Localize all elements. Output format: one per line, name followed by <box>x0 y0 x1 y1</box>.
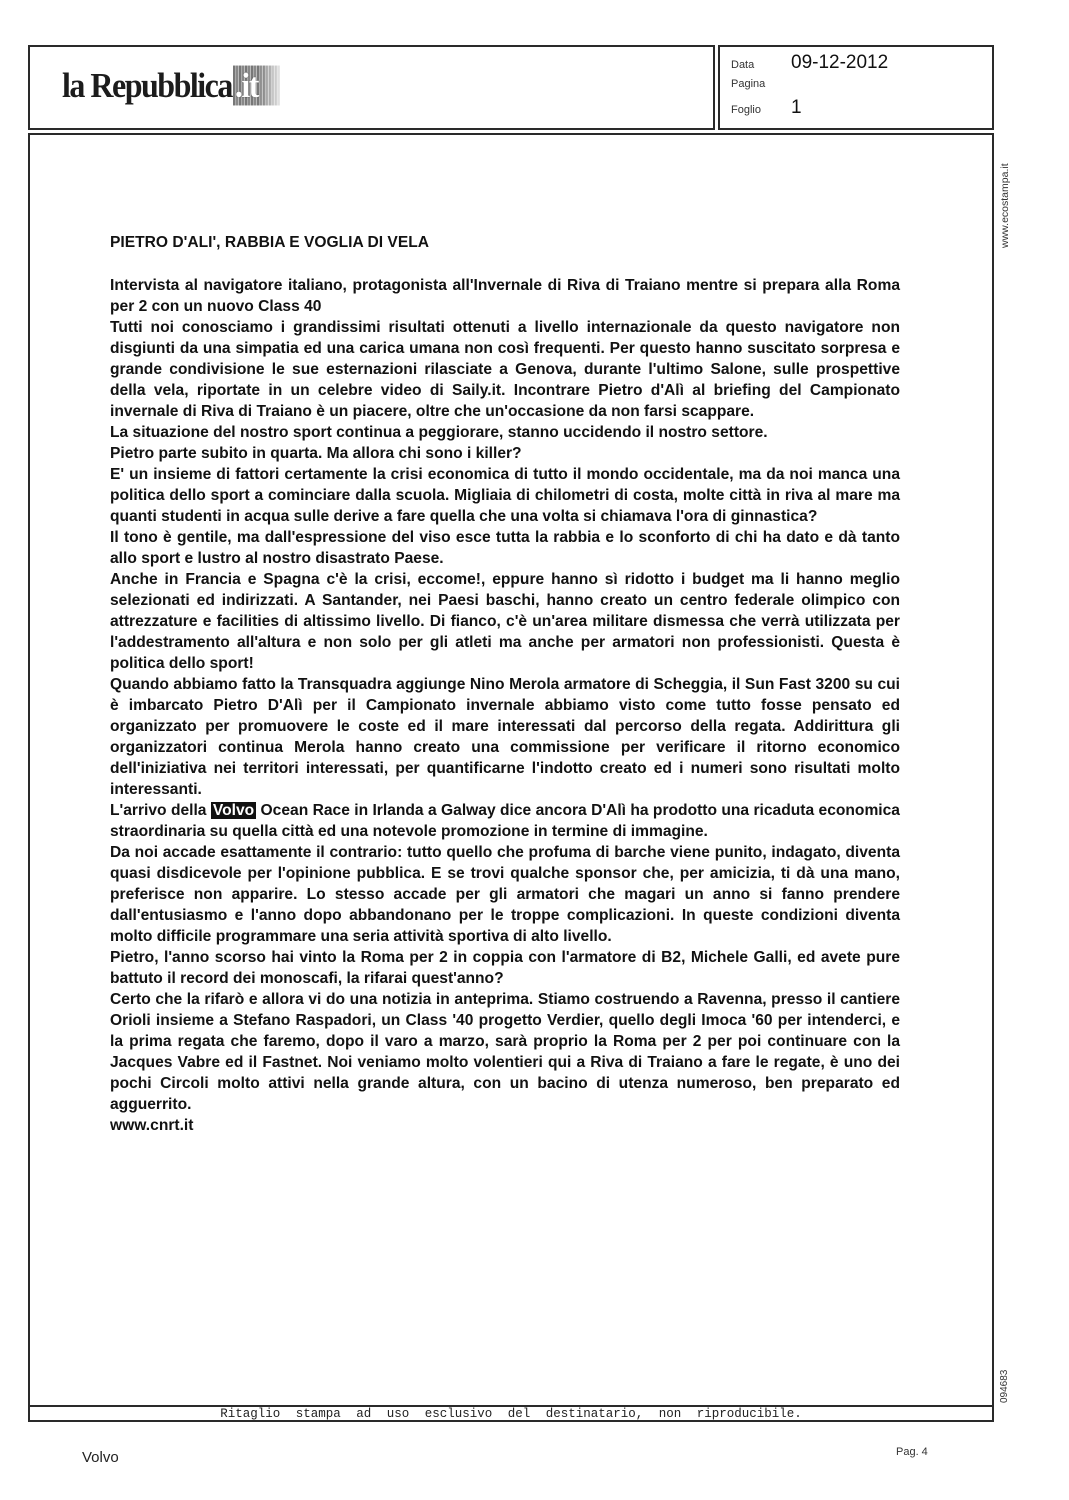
article-paragraph: La situazione del nostro sport continua … <box>110 422 900 443</box>
article-subtitle: Intervista al navigatore italiano, prota… <box>110 275 900 317</box>
keyword-highlight-volvo: Volvo <box>211 802 256 819</box>
article-paragraph: Tutti noi conosciamo i grandissimi risul… <box>110 317 900 422</box>
pagina-label: Pagina <box>731 78 791 90</box>
article-paragraph: Pietro, l'anno scorso hai vinto la Roma … <box>110 947 900 989</box>
foglio-label: Foglio <box>731 104 791 116</box>
footer-page-number: Pag. 4 <box>896 1446 928 1458</box>
data-value: 09-12-2012 <box>791 52 888 74</box>
meta-row-data: Data 09-12-2012 <box>731 52 888 74</box>
meta-row-pagina: Pagina <box>731 78 791 90</box>
article-paragraph: E' un insieme di fattori certamente la c… <box>110 464 900 527</box>
ecostampa-source-label: www.ecostampa.it <box>999 163 1011 248</box>
logo-suffix: .it <box>233 66 280 106</box>
la-repubblica-logo: la Repubblica.it <box>62 66 280 106</box>
article-source-url: www.cnrt.it <box>110 1115 900 1136</box>
logo-main-text: la Repubblica <box>62 66 232 105</box>
article-paragraph: Quando abbiamo fatto la Transquadra aggi… <box>110 674 900 800</box>
article-paragraph: Il tono è gentile, ma dall'espressione d… <box>110 527 900 569</box>
clipping-code: 094683 <box>999 1370 1010 1403</box>
article-paragraph: Certo che la rifarò e allora vi do una n… <box>110 989 900 1115</box>
article: PIETRO D'ALI', RABBIA E VOGLIA DI VELA I… <box>110 232 900 1136</box>
data-label: Data <box>731 59 791 71</box>
disclaimer-text: Ritaglio stampa ad uso esclusivo del des… <box>30 1407 992 1421</box>
article-headline: PIETRO D'ALI', RABBIA E VOGLIA DI VELA <box>110 232 900 253</box>
volvo-para-before: L'arrivo della <box>110 802 211 819</box>
footer-keyword: Volvo <box>82 1449 119 1466</box>
article-paragraph: Pietro parte subito in quarta. Ma allora… <box>110 443 900 464</box>
metadata-box: Data 09-12-2012 Pagina Foglio 1 <box>718 45 994 130</box>
article-paragraph: Anche in Francia e Spagna c'è la crisi, … <box>110 569 900 674</box>
masthead-box: la Repubblica.it <box>28 45 715 130</box>
article-paragraph-volvo: L'arrivo della Volvo Ocean Race in Irlan… <box>110 800 900 842</box>
article-paragraph: Da noi accade esattamente il contrario: … <box>110 842 900 947</box>
meta-row-foglio: Foglio 1 <box>731 97 802 119</box>
foglio-value: 1 <box>791 97 802 119</box>
